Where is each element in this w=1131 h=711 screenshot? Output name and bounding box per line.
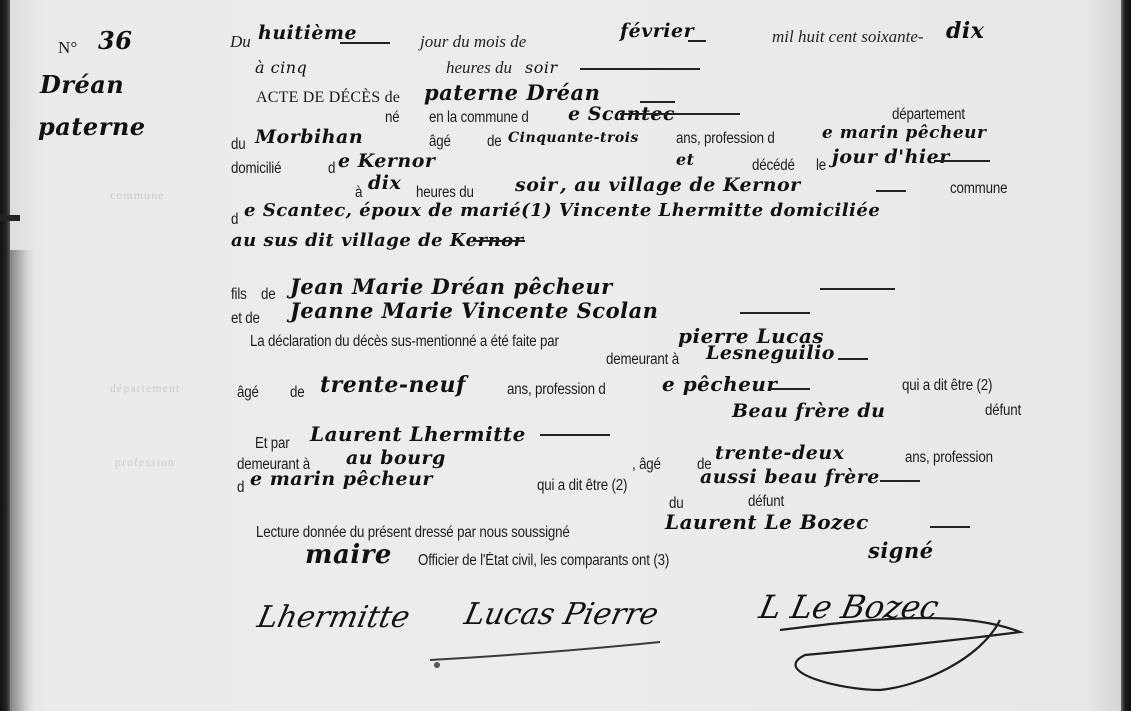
signature-flourish: [0, 0, 1131, 711]
register-page: commune département profession N° 36 Dré…: [0, 0, 1131, 711]
